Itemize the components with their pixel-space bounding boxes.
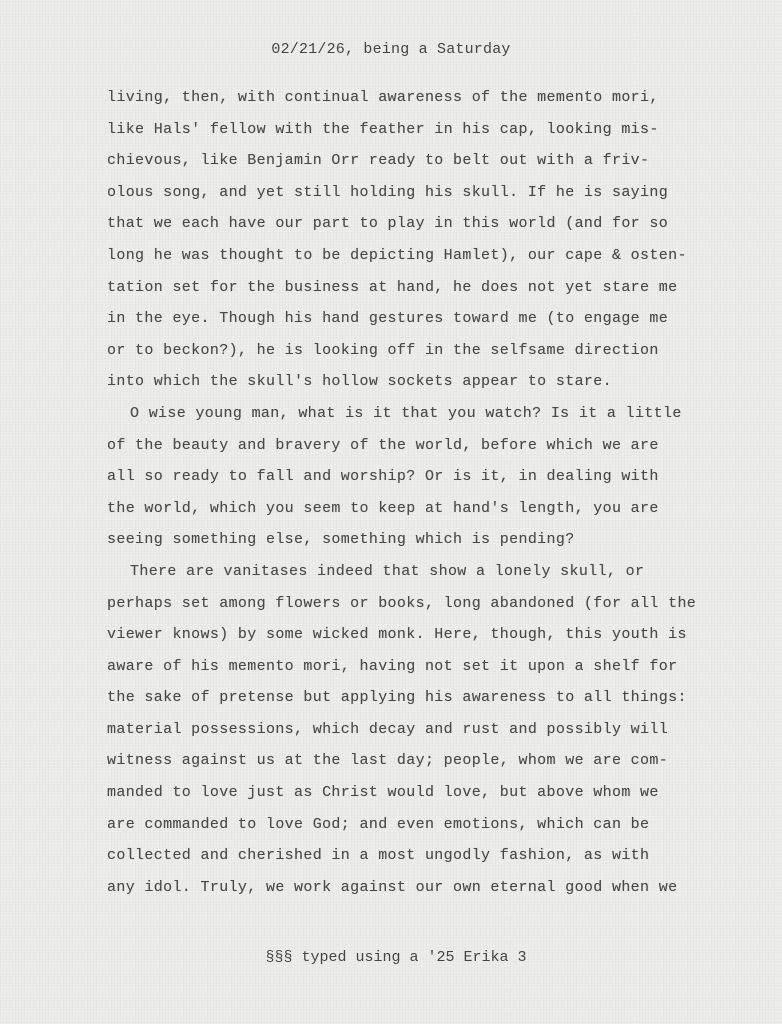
page-footer-colophon: §§§ typed using a '25 Erika 3 (0, 949, 782, 966)
text-line: witness against us at the last day; peop… (107, 750, 747, 782)
text-line: perhaps set among flowers or books, long… (107, 593, 747, 625)
text-line: the sake of pretense but applying his aw… (107, 687, 747, 719)
text-line: O wise young man, what is it that you wa… (107, 403, 747, 435)
text-line: tation set for the business at hand, he … (107, 277, 747, 309)
text-line: long he was thought to be depicting Haml… (107, 245, 747, 277)
text-line: viewer knows) by some wicked monk. Here,… (107, 624, 747, 656)
text-line: in the eye. Though his hand gestures tow… (107, 308, 747, 340)
text-line: collected and cherished in a most ungodl… (107, 845, 747, 877)
text-line: that we each have our part to play in th… (107, 213, 747, 245)
text-line: There are vanitases indeed that show a l… (107, 561, 747, 593)
text-line: into which the skull's hollow sockets ap… (107, 371, 747, 403)
text-line: living, then, with continual awareness o… (107, 87, 747, 119)
page-header-date: 02/21/26, being a Saturday (0, 41, 782, 58)
text-line: seeing something else, something which i… (107, 529, 747, 561)
text-line: manded to love just as Christ would love… (107, 782, 747, 814)
text-line: or to beckon?), he is looking off in the… (107, 340, 747, 372)
text-line: of the beauty and bravery of the world, … (107, 435, 747, 467)
text-line: olous song, and yet still holding his sk… (107, 182, 747, 214)
text-line: chievous, like Benjamin Orr ready to bel… (107, 150, 747, 182)
page-body-text: living, then, with continual awareness o… (107, 87, 747, 908)
text-line: are commanded to love God; and even emot… (107, 814, 747, 846)
text-line: the world, which you seem to keep at han… (107, 498, 747, 530)
text-line: aware of his memento mori, having not se… (107, 656, 747, 688)
text-line: material possessions, which decay and ru… (107, 719, 747, 751)
text-line: any idol. Truly, we work against our own… (107, 877, 747, 909)
text-line: like Hals' fellow with the feather in hi… (107, 119, 747, 151)
typewritten-page: 02/21/26, being a Saturday living, then,… (0, 0, 782, 1024)
text-line: all so ready to fall and worship? Or is … (107, 466, 747, 498)
